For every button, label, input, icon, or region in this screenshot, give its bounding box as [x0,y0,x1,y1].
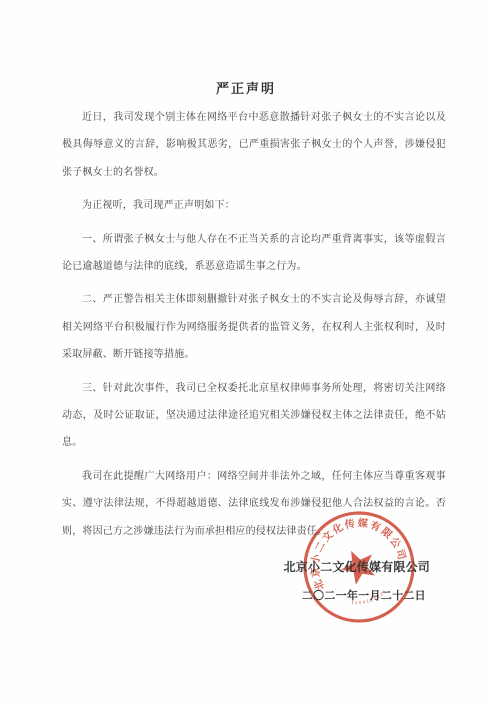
paragraph-item-2: 二、严正警告相关主体即刻删撤针对张子枫女士的不实言论及侮辱言辞，亦诚望相关网络平… [62,286,446,368]
company-name: 北京小二文化传媒有限公司 [284,558,430,575]
document-title: 严正声明 [0,0,492,96]
paragraph-intro: 近日，我司发现个别主体在网络平台中恶意散播针对张子枫女士的不实言论以及极具侮辱意… [62,104,446,186]
statement-document-page: 严正声明 近日，我司发现个别主体在网络平台中恶意散播针对张子枫女士的不实言论以及… [0,0,492,701]
document-body: 近日，我司发现个别主体在网络平台中恶意散播针对张子枫女士的不实言论以及极具侮辱意… [62,104,446,545]
paragraph-item-1: 一、所谓张子枫女士与他人存在不正当关系的言论均严重背离事实，该等虚假言论已逾越道… [62,226,446,281]
paragraph-lead-in: 为正视听，我司现严正声明如下： [62,192,446,219]
paragraph-item-3: 三、针对此次事件，我司已全权委托北京星权律师事务所处理，将密切关注网络动态，及时… [62,375,446,457]
paragraph-reminder: 我司在此提醒广大网络用户：网络空间并非法外之域，任何主体应当尊重客观事实、遵守法… [62,463,446,545]
signature-date: 二〇二一年一月二十二日 [302,587,426,603]
